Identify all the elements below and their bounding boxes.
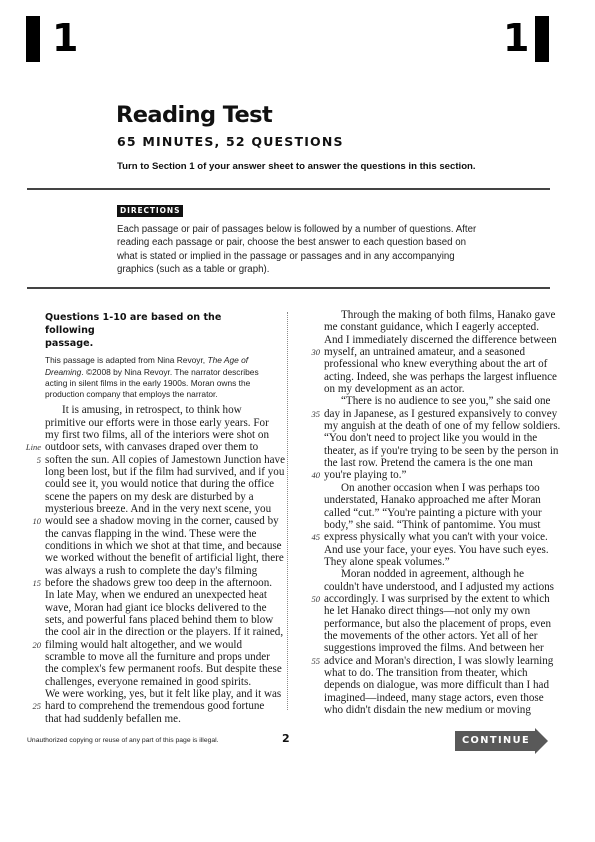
passage-line: conditions in which we shot at that time… (45, 540, 280, 552)
passage-line: primitive our efforts were in those earl… (45, 417, 280, 429)
line-number: 40 (312, 469, 321, 481)
passage-line: 50accordingly. I was surprised by the ex… (324, 593, 564, 605)
passage-line: In late May, when we endured an unexpect… (45, 589, 280, 601)
line-number: 35 (312, 408, 321, 420)
passage-line-text: who didn't disdain the new medium or mov… (324, 704, 531, 716)
passage-line-text: could see it, you would notice that duri… (45, 478, 274, 490)
passage-right-column: Through the making of both films, Hanako… (324, 309, 564, 716)
section-number-right: 1 (503, 14, 529, 62)
section-marker-bar-right (535, 16, 549, 62)
passage-line-text: day in Japanese, as I gestured expansive… (324, 408, 557, 420)
continue-label: CONTINUE (455, 728, 537, 754)
column-divider (287, 312, 288, 710)
line-number: 5 (37, 454, 41, 466)
section-number-left: 1 (52, 14, 78, 62)
passage-line-text: depends on dialogue, was more difficult … (324, 679, 549, 691)
passage-line-text: We were working, yes, but it felt like p… (45, 688, 281, 700)
questions-heading-line2: passage. (45, 338, 93, 349)
passage-line: was always a rush to complete the day's … (45, 565, 280, 577)
directions-badge: DIRECTIONS (117, 205, 183, 217)
passage-line: On another occasion when I was perhaps t… (324, 482, 564, 494)
passage-line: long been lost, but if the film had surv… (45, 466, 280, 478)
passage-line: we worked without the benefit of artific… (45, 552, 280, 564)
passage-line-text: me constant guidance, which I eagerly ac… (324, 321, 539, 333)
passage-line: 30myself, an untrained amateur, and a se… (324, 346, 564, 358)
passage-line-text: Through the making of both films, Hanako… (341, 309, 555, 321)
passage-line: Through the making of both films, Hanako… (324, 309, 564, 321)
passage-line-text: “You don't need to project like you woul… (324, 432, 537, 444)
passage-lines-left: It is amusing, in retrospect, to think h… (45, 404, 280, 725)
line-number: 45 (312, 531, 321, 543)
passage-line: 25hard to comprehend the tremendous good… (45, 700, 280, 712)
passage-line-text: mysterious breeze. And in the very next … (45, 503, 271, 515)
passage-line: that had suddenly befallen me. (45, 713, 280, 725)
passage-line: professional who knew everything about t… (324, 358, 564, 370)
passage-line: couldn't have understood, and I adjusted… (324, 581, 564, 593)
passage-line: Moran nodded in agreement, although he (324, 568, 564, 580)
passage-line-text: understated, Hanako approached me after … (324, 494, 541, 506)
passage-line: depends on dialogue, was more difficult … (324, 679, 564, 691)
passage-line-text: soften the sun. All copies of Jamestown … (45, 454, 285, 466)
passage-line: It is amusing, in retrospect, to think h… (45, 404, 280, 416)
passage-line-text: “There is no audience to see you,” she s… (341, 395, 550, 407)
passage-line-text: hard to comprehend the tremendous good f… (45, 700, 264, 712)
passage-line-text: sets, and powerful fans placed behind th… (45, 614, 273, 626)
line-number: 55 (312, 655, 321, 667)
passage-line: 15before the shadows grew too deep in th… (45, 577, 280, 589)
passage-line-text: And I immediately discerned the differen… (324, 334, 557, 346)
copyright-notice: Unauthorized copying or reuse of any par… (27, 737, 219, 744)
page-number: 2 (282, 732, 290, 745)
passage-line-text: on my development as an actor. (324, 383, 464, 395)
passage-line-text: what to do. The transition from theater,… (324, 667, 528, 679)
passage-line-text: long been lost, but if the film had surv… (45, 466, 284, 478)
passage-line-text: body,” she said. “Think of pantomime. Yo… (324, 519, 541, 531)
line-number: 25 (33, 700, 42, 712)
passage-line-text: It is amusing, in retrospect, to think h… (62, 404, 242, 416)
passage-line-text: On another occasion when I was perhaps t… (341, 482, 540, 494)
passage-line: on my development as an actor. (324, 383, 564, 395)
passage-line: And use your face, your eyes. You have s… (324, 544, 564, 556)
passage-line: challenges, everyone remained in good sp… (45, 676, 280, 688)
passage-line: the complex's few permanent roofs. But d… (45, 663, 280, 675)
passage-line-text: called “cut.” “You're painting a picture… (324, 507, 542, 519)
passage-line-text: And use your face, your eyes. You have s… (324, 544, 549, 556)
passage-line: 10would see a shadow moving in the corne… (45, 515, 280, 527)
passage-line-text: primitive our efforts were in those earl… (45, 417, 269, 429)
passage-line-text: the last row. Pretend the camera is the … (324, 457, 533, 469)
passage-line-text: the movements of the other actors. Yet a… (324, 630, 538, 642)
passage-line: We were working, yes, but it felt like p… (45, 688, 280, 700)
passage-line-text: suggestions improved the films. And betw… (324, 642, 544, 654)
passage-line: the cool air in the direction or the pla… (45, 626, 280, 638)
passage-line-text: In late May, when we endured an unexpect… (45, 589, 267, 601)
passage-line: They alone speak volumes.” (324, 556, 564, 568)
passage-line-text: my anguish at the death of one of my fel… (324, 420, 560, 432)
passage-lines-right: Through the making of both films, Hanako… (324, 309, 564, 716)
passage-introduction: This passage is adapted from Nina Revoyr… (45, 355, 273, 400)
passage-line: 55advice and Moran's direction, I was sl… (324, 655, 564, 667)
line-number: 10 (33, 515, 42, 527)
passage-line-text: couldn't have understood, and I adjusted… (324, 581, 554, 593)
line-number: 15 (33, 577, 42, 589)
passage-line: suggestions improved the films. And betw… (324, 642, 564, 654)
passage-line: wave, Moran had giant ice blocks deliver… (45, 602, 280, 614)
directions-text: Each passage or pair of passages below i… (117, 223, 482, 276)
passage-line: sets, and powerful fans placed behind th… (45, 614, 280, 626)
passage-line: the last row. Pretend the camera is the … (324, 457, 564, 469)
passage-line-text: filming would halt altogether, and we wo… (45, 639, 242, 651)
answer-sheet-instruction: Turn to Section 1 of your answer sheet t… (117, 161, 476, 172)
passage-line-text: before the shadows grew too deep in the … (45, 577, 272, 589)
passage-line-text: express physically what you can't with y… (324, 531, 548, 543)
line-number: Line (26, 441, 41, 453)
passage-line-text: myself, an untrained amateur, and a seas… (324, 346, 525, 358)
passage-line-text: you're playing to.” (324, 469, 406, 481)
passage-line: scramble to move all the furniture and p… (45, 651, 280, 663)
passage-line-text: he let Hanako direct things—not only my … (324, 605, 530, 617)
passage-line-text: outdoor sets, with canvases draped over … (45, 441, 258, 453)
page-subtitle: 65 MINUTES, 52 QUESTIONS (117, 134, 344, 149)
passage-line: who didn't disdain the new medium or mov… (324, 704, 564, 716)
passage-line-text: advice and Moran's direction, I was slow… (324, 655, 553, 667)
passage-line-text: conditions in which we shot at that time… (45, 540, 282, 552)
passage-line-text: scene the papers on my desk are disturbe… (45, 491, 254, 503)
passage-line-text: the canvas flapping in the wind. These w… (45, 528, 256, 540)
passage-line-text: challenges, everyone remained in good sp… (45, 676, 251, 688)
passage-line-text: the complex's few permanent roofs. But d… (45, 663, 282, 675)
passage-line-text: scramble to move all the furniture and p… (45, 651, 270, 663)
intro-prefix: This passage is adapted from Nina Revoyr… (45, 355, 207, 365)
passage-line: “You don't need to project like you woul… (324, 432, 564, 444)
passage-line-text: my first two films, all of the interiors… (45, 429, 269, 441)
passage-line-text: theater, as if you're trying to be seen … (324, 445, 558, 457)
passage-line: the movements of the other actors. Yet a… (324, 630, 564, 642)
passage-line-text: wave, Moran had giant ice blocks deliver… (45, 602, 267, 614)
continue-button[interactable]: CONTINUE (455, 728, 548, 754)
passage-line-text: the cool air in the direction or the pla… (45, 626, 283, 638)
passage-line-text: They alone speak volumes.” (324, 556, 450, 568)
passage-line: imagined—indeed, many stage actors, even… (324, 692, 564, 704)
passage-line: understated, Hanako approached me after … (324, 494, 564, 506)
passage-line: body,” she said. “Think of pantomime. Yo… (324, 519, 564, 531)
passage-line-text: was always a rush to complete the day's … (45, 565, 257, 577)
passage-line: acting. Indeed, she was perhaps the larg… (324, 371, 564, 383)
questions-heading: Questions 1-10 are based on the followin… (45, 312, 260, 350)
passage-line: mysterious breeze. And in the very next … (45, 503, 280, 515)
passage-line-text: imagined—indeed, many stage actors, even… (324, 692, 544, 704)
passage-line: my first two films, all of the interiors… (45, 429, 280, 441)
line-number: 50 (312, 593, 321, 605)
passage-line: scene the papers on my desk are disturbe… (45, 491, 280, 503)
passage-line-text: performance, but also the placement of p… (324, 618, 551, 630)
passage-line: 35day in Japanese, as I gestured expansi… (324, 408, 564, 420)
passage-line-text: accordingly. I was surprised by the exte… (324, 593, 550, 605)
passage-left-column: Questions 1-10 are based on the followin… (45, 312, 280, 725)
passage-line: what to do. The transition from theater,… (324, 667, 564, 679)
passage-line: called “cut.” “You're painting a picture… (324, 507, 564, 519)
passage-line: Lineoutdoor sets, with canvases draped o… (45, 441, 280, 453)
passage-line: 20filming would halt altogether, and we … (45, 639, 280, 651)
passage-line: 40you're playing to.” (324, 469, 564, 481)
passage-line-text: that had suddenly befallen me. (45, 713, 181, 725)
line-number: 20 (33, 639, 42, 651)
passage-line: 45express physically what you can't with… (324, 531, 564, 543)
passage-line: theater, as if you're trying to be seen … (324, 445, 564, 457)
passage-line: he let Hanako direct things—not only my … (324, 605, 564, 617)
passage-line-text: acting. Indeed, she was perhaps the larg… (324, 371, 557, 383)
top-divider-rule (27, 188, 550, 190)
bottom-divider-rule (27, 287, 550, 289)
passage-line: And I immediately discerned the differen… (324, 334, 564, 346)
passage-line-text: we worked without the benefit of artific… (45, 552, 284, 564)
passage-line: the canvas flapping in the wind. These w… (45, 528, 280, 540)
passage-line-text: Moran nodded in agreement, although he (341, 568, 524, 580)
passage-line: 5soften the sun. All copies of Jamestown… (45, 454, 280, 466)
passage-line: could see it, you would notice that duri… (45, 478, 280, 490)
passage-line: me constant guidance, which I eagerly ac… (324, 321, 564, 333)
passage-line: my anguish at the death of one of my fel… (324, 420, 564, 432)
questions-heading-line1: Questions 1-10 are based on the followin… (45, 312, 221, 336)
line-number: 30 (312, 346, 321, 358)
passage-line: performance, but also the placement of p… (324, 618, 564, 630)
section-marker-bar-left (26, 16, 40, 62)
passage-line-text: would see a shadow moving in the corner,… (45, 515, 279, 527)
page-title: Reading Test (116, 102, 272, 128)
passage-line: “There is no audience to see you,” she s… (324, 395, 564, 407)
passage-line-text: professional who knew everything about t… (324, 358, 547, 370)
